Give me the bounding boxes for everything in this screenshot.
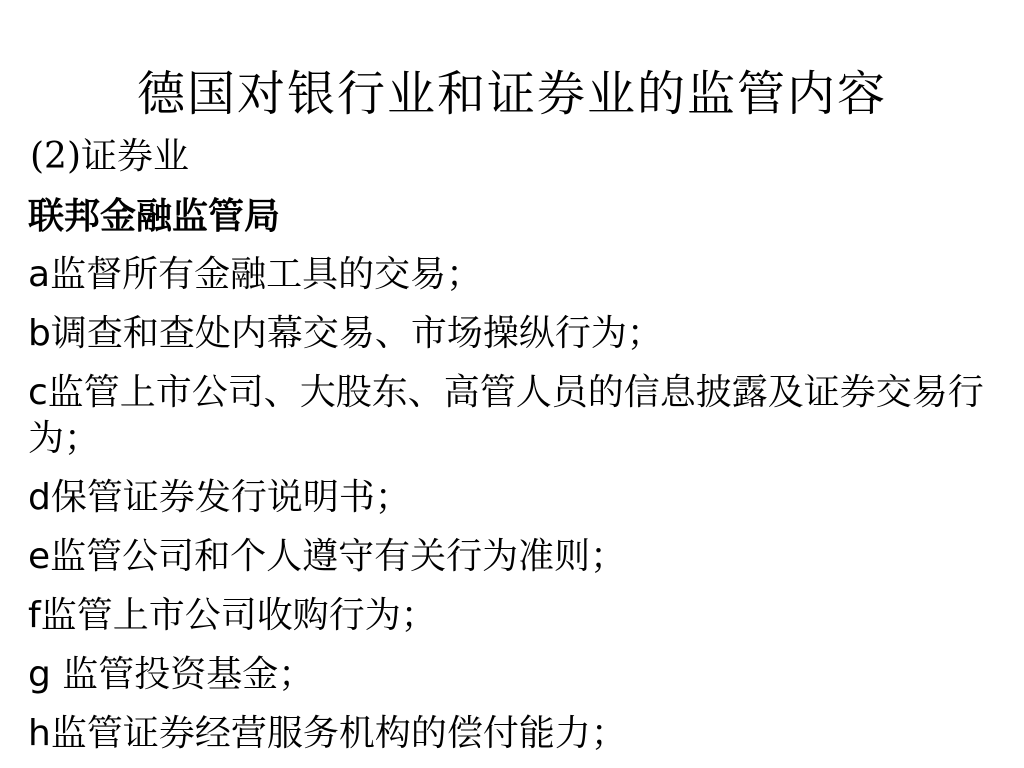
item-letter: g	[28, 654, 51, 695]
list-item: a监督所有金融工具的交易；	[28, 252, 988, 298]
slide-title: 德国对银行业和证券业的监管内容	[0, 62, 1024, 126]
list-item: g 监管投资基金；	[28, 652, 988, 698]
list-item: e监管公司和个人遵守有关行为准则；	[28, 534, 988, 580]
item-letter: d	[28, 477, 51, 518]
agency-heading: 联邦金融监管局	[28, 192, 280, 240]
item-letter: c	[28, 372, 48, 413]
item-letter: b	[28, 313, 51, 354]
list-item: b调查和查处内幕交易、市场操纵行为；	[28, 311, 988, 357]
list-item: c监管上市公司、大股东、高管人员的信息披露及证券交易行为；	[28, 370, 988, 462]
item-text: 监管上市公司收购行为；	[41, 595, 437, 636]
list-item: h监管证券经营服务机构的偿付能力；	[28, 711, 988, 757]
item-text: 保管证券发行说明书；	[51, 477, 411, 518]
section-subtitle: (2)证券业	[30, 133, 189, 181]
item-text: 调查和查处内幕交易、市场操纵行为；	[51, 313, 663, 354]
list-item: d保管证券发行说明书；	[28, 475, 988, 521]
item-text: 监管公司和个人遵守有关行为准则；	[50, 536, 626, 577]
item-text: 监管上市公司、大股东、高管人员的信息披露及证券交易行为；	[28, 372, 984, 459]
item-text: 监管投资基金；	[51, 654, 314, 695]
item-letter: e	[28, 536, 50, 577]
item-letter: a	[28, 254, 50, 295]
list-item: f监管上市公司收购行为；	[28, 593, 988, 639]
item-text: 监管证券经营服务机构的偿付能力；	[51, 713, 627, 754]
item-letter: f	[28, 595, 41, 636]
item-letter: h	[28, 713, 51, 754]
item-text: 监督所有金融工具的交易；	[50, 254, 482, 295]
duty-list: a监督所有金融工具的交易； b调查和查处内幕交易、市场操纵行为； c监管上市公司…	[28, 252, 988, 768]
